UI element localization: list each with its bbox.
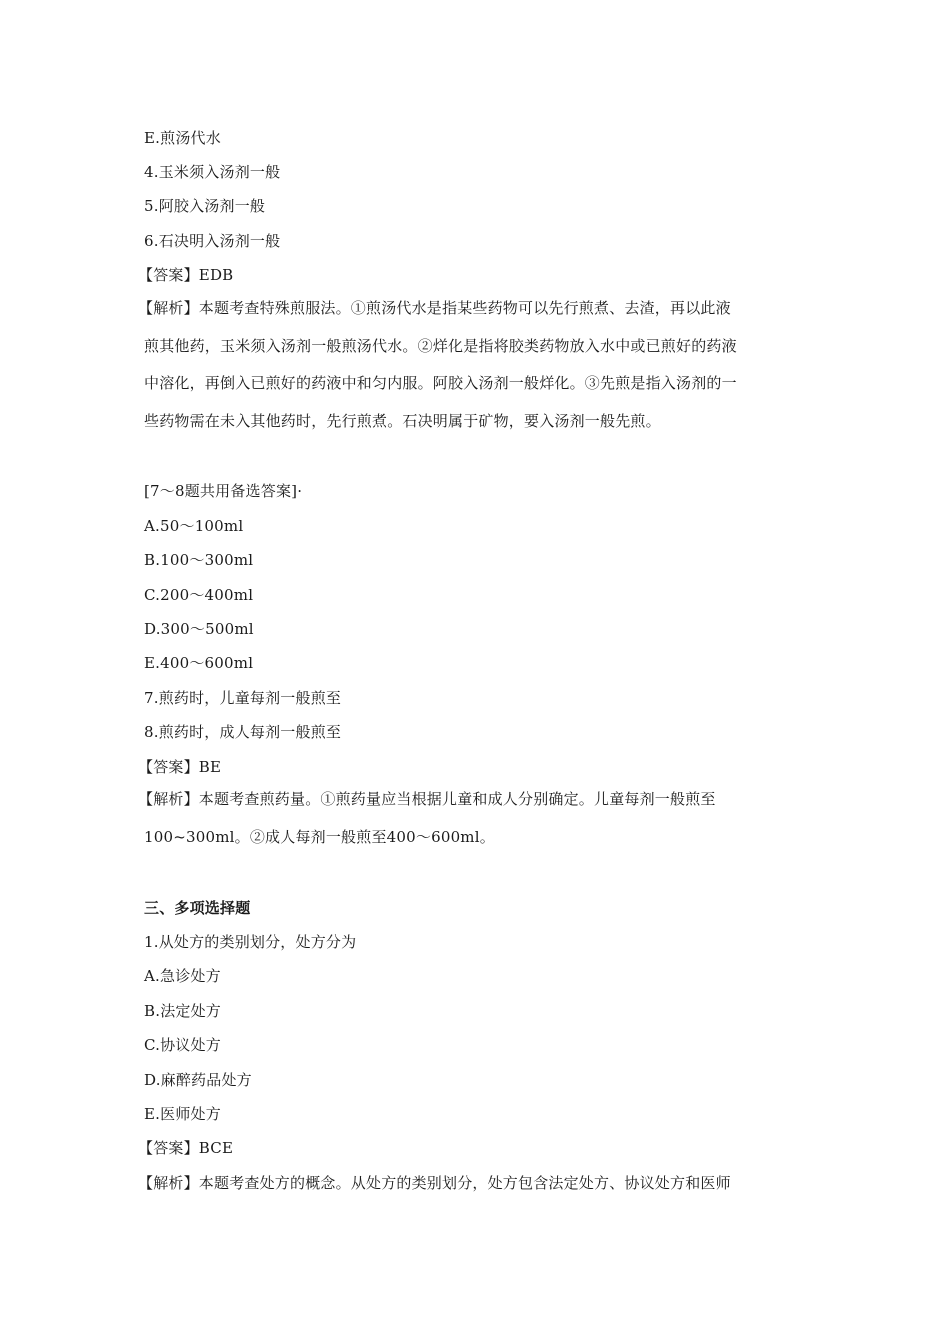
option-d: D.300～500ml: [144, 619, 254, 639]
analysis-line: 些药物需在未入其他药时，先行煎煮。石决明属于矿物，要入汤剂一般先煎。: [138, 403, 803, 441]
question-7: 7.煎药时，儿童每剂一般煎至: [144, 688, 341, 708]
question-4: 4.玉米须入汤剂一般: [144, 162, 280, 182]
option-a: A.50～100ml: [144, 516, 243, 536]
analysis-line: 100~300ml。②成人每剂一般煎至400～600ml。: [138, 819, 803, 857]
question-6: 6.石决明入汤剂一般: [144, 231, 280, 251]
answer-multi-1: 【答案】BCE: [138, 1138, 233, 1158]
document-page: E.煎汤代水 4.玉米须入汤剂一般 5.阿胶入汤剂一般 6.石决明入汤剂一般 【…: [0, 0, 950, 1344]
analysis-4-6: 【解析】本题考查特殊煎服法。①煎汤代水是指某些药物可以先行煎煮、去渣，再以此液 …: [138, 290, 803, 441]
option-e: E.400～600ml: [144, 653, 253, 673]
option-b: B.100～300ml: [144, 550, 253, 570]
option-c: C.200～400ml: [144, 585, 253, 605]
question-5: 5.阿胶入汤剂一般: [144, 196, 265, 216]
question-8: 8.煎药时，成人每剂一般煎至: [144, 722, 341, 742]
option-b: B.法定处方: [144, 1001, 221, 1021]
analysis-line: 煎其他药，玉米须入汤剂一般煎汤代水。②烊化是指将胶类药物放入水中或已煎好的药液: [138, 328, 803, 366]
analysis-multi-1: 【解析】本题考查处方的概念。从处方的类别划分，处方包含法定处方、协议处方和医师: [138, 1173, 731, 1193]
option-e-decoction-water: E.煎汤代水: [144, 128, 221, 148]
answer-7-8: 【答案】BE: [138, 757, 221, 777]
analysis-line: 【解析】本题考查煎药量。①煎药量应当根据儿童和成人分别确定。儿童每剂一般煎至: [138, 781, 803, 819]
analysis-7-8: 【解析】本题考查煎药量。①煎药量应当根据儿童和成人分别确定。儿童每剂一般煎至 1…: [138, 781, 803, 856]
analysis-line: 【解析】本题考查特殊煎服法。①煎汤代水是指某些药物可以先行煎煮、去渣，再以此液: [138, 290, 803, 328]
section-title-multiple-choice: 三、多项选择题: [144, 898, 250, 918]
analysis-line: 中溶化，再倒入已煎好的药液中和匀内服。阿胶入汤剂一般烊化。③先煎是指入汤剂的一: [138, 365, 803, 403]
option-d: D.麻醉药品处方: [144, 1070, 252, 1090]
group-header-7-8: [7～8题共用备选答案]·: [144, 481, 302, 501]
option-a: A.急诊处方: [144, 966, 221, 986]
option-c: C.协议处方: [144, 1035, 221, 1055]
answer-4-6: 【答案】EDB: [138, 265, 233, 285]
option-e: E.医师处方: [144, 1104, 221, 1124]
question-1: 1.从处方的类别划分，处方分为: [144, 932, 356, 952]
